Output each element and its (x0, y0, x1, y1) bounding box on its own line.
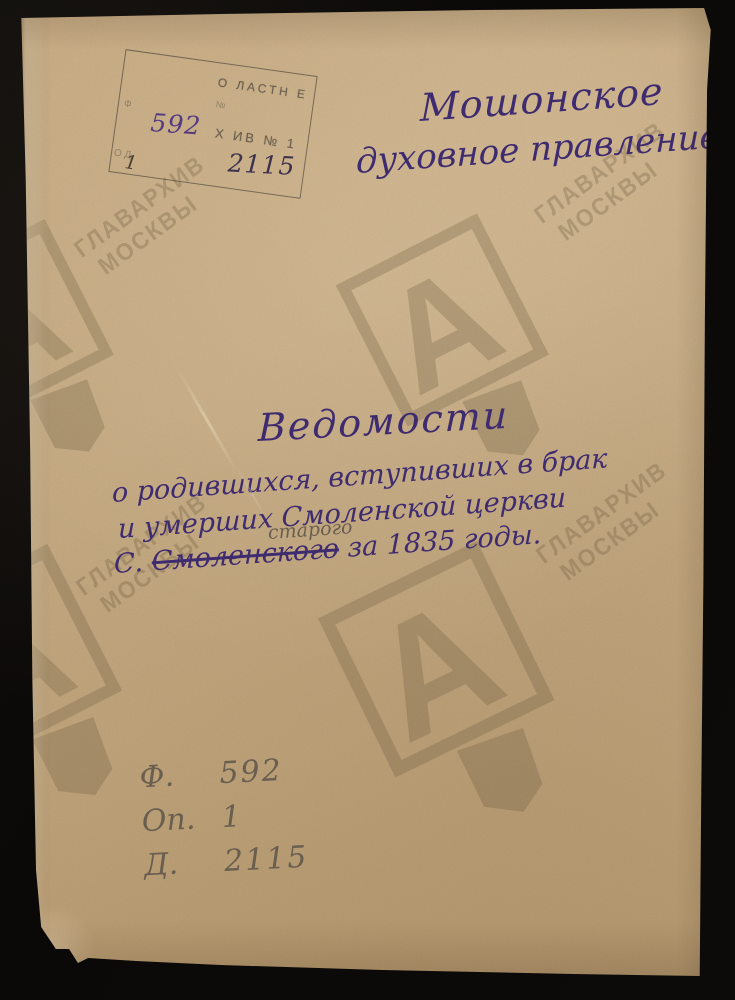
title-line3-prefix: С. (114, 546, 152, 580)
worn-corner (18, 880, 121, 980)
delo-value: 2115 (223, 840, 309, 879)
stamp-faint-text: Х ИВ № 1 (214, 125, 298, 151)
spine-highlight (24, 15, 48, 965)
scan-background: А А А А ГЛАВАРХИВ МОСКВЫ ГЛАВАРХИВ МОСКВ… (0, 0, 735, 1000)
stamp-fond-number: 592 (150, 108, 203, 140)
archive-stamp: О ЛАСТН Е № Х ИВ № 1 Ф ОД 592 2115 1 (108, 49, 317, 199)
archival-reference: Ф. 592 Оп. 1 Д. 2115 (139, 752, 310, 892)
header-line1: Мошонское (420, 69, 663, 130)
stamp-case-number: 2115 (227, 148, 296, 180)
stamp-note: 1 (123, 151, 139, 175)
stamp-faint-text: О ЛАСТН Е (217, 75, 309, 102)
document-cover-page: А А А А ГЛАВАРХИВ МОСКВЫ ГЛАВАРХИВ МОСКВ… (0, 0, 735, 1000)
logo-letter: А (352, 583, 517, 757)
opis-label: Оп. (141, 800, 223, 839)
logo-letter: А (367, 251, 516, 408)
fond-value: 592 (219, 752, 305, 791)
stamp-number-sign: № (215, 99, 229, 111)
opis-value: 1 (221, 796, 307, 835)
fond-label: Ф. (139, 756, 221, 795)
stamp-faint-text: Ф (123, 98, 135, 110)
delo-label: Д. (143, 844, 225, 883)
paper-crease (177, 369, 239, 473)
reference-delo-row: Д. 2115 (143, 840, 309, 893)
